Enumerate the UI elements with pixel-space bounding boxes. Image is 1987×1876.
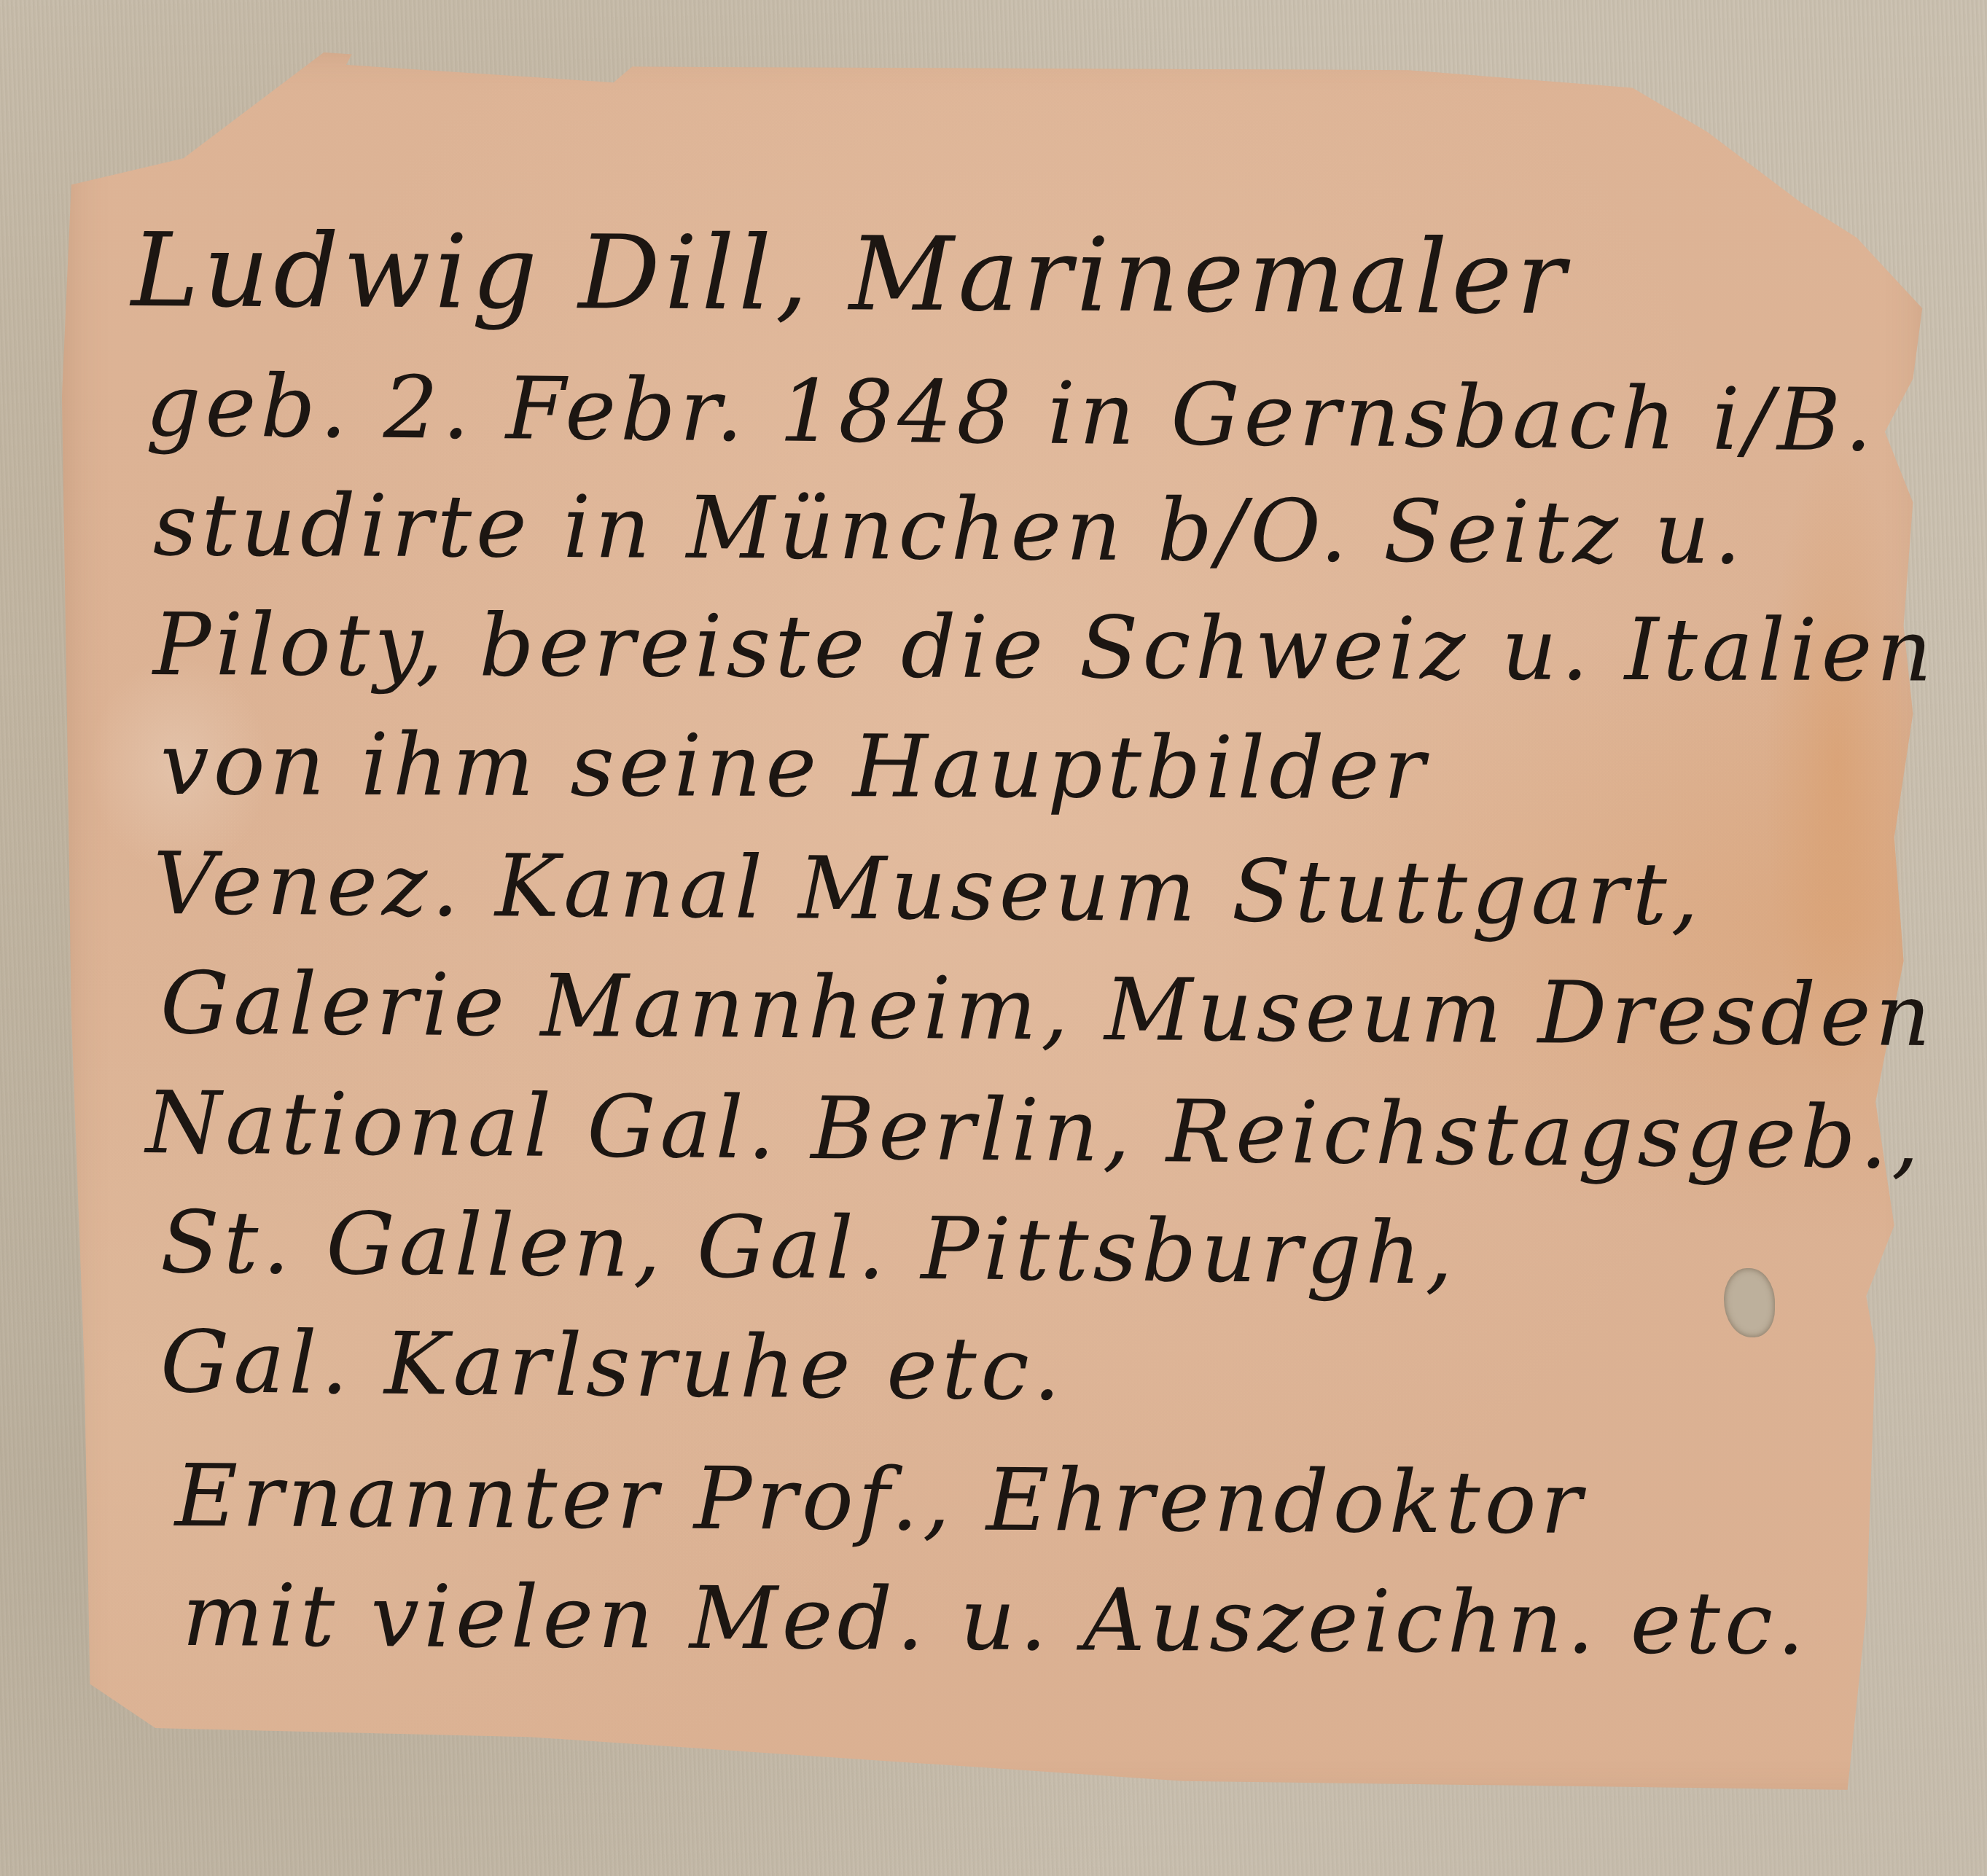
line-title: Ludwig Dill, Marinemaler	[131, 211, 1881, 340]
line-collections-4: St. Gallen, Gal. Pittsburgh,	[160, 1182, 1910, 1317]
handwritten-text: Ludwig Dill, Marinemaler geb. 2. Febr. 1…	[131, 226, 1881, 1660]
line-collections-5: Gal. Karlsruhe etc.	[160, 1302, 1910, 1437]
line-collections-2: Galerie Mannheim, Museum Dresden	[160, 943, 1910, 1075]
line-collections-1: Venez. Kanal Museum Stuttgart,	[152, 824, 1902, 955]
line-birth: geb. 2. Febr. 1848 in Gernsbach i/B.	[145, 345, 1895, 480]
line-honors-1: Ernannter Prof., Ehrendoktor	[175, 1436, 1925, 1565]
line-travels: Piloty, bereiste die Schweiz u. Italien	[153, 585, 1903, 710]
line-main-works-intro: von ihm seine Hauptbilder	[160, 704, 1910, 829]
line-collections-3: National Gal. Berlin, Reichstagsgeb.,	[145, 1063, 1895, 1197]
line-honors-2: mit vielen Med. u. Auszeichn. etc.	[182, 1555, 1932, 1684]
line-studies: studirte in München b/O. Seitz u.	[153, 465, 1903, 594]
